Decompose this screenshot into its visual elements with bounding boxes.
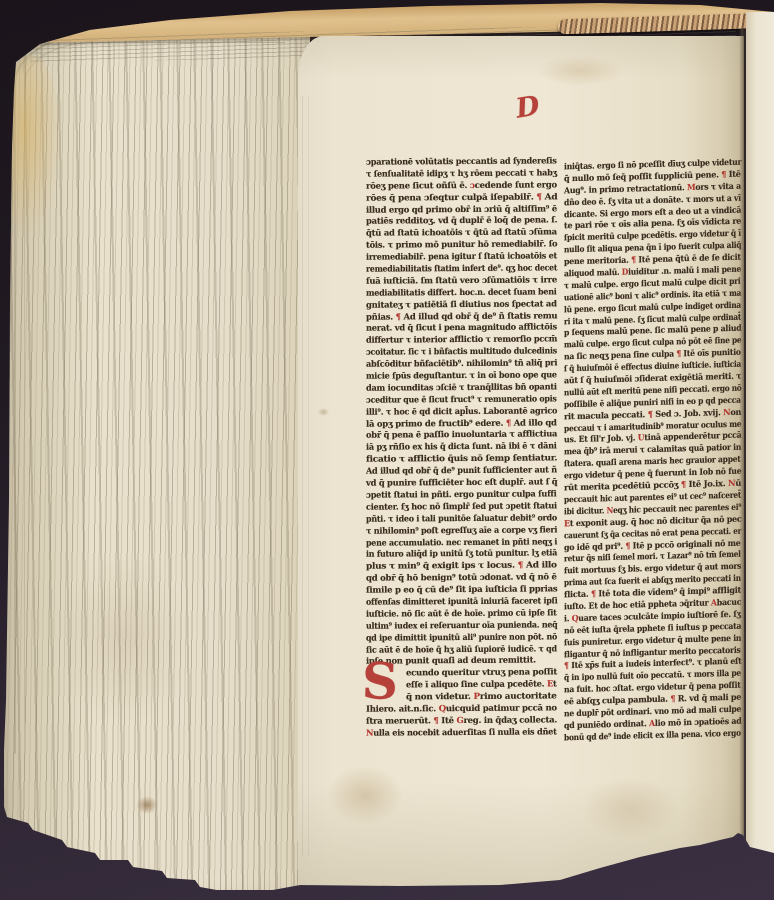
text-line: Nulla eis nocebit aduerſitas ſi nulla ei…: [366, 726, 557, 739]
page-curl-line: [308, 96, 309, 856]
text-page: D ɔparationē volūtatis peccantis ad ſynd…: [298, 36, 744, 892]
text-column-left: ɔparationē volūtatis peccantis ad ſynder…: [366, 155, 557, 739]
page-stack-corner-curve-inner: [24, 42, 285, 723]
folio-mark: D: [514, 92, 541, 122]
drop-cap-initial: S: [361, 660, 399, 703]
page-curl-line: [302, 96, 303, 856]
book-photo: D ɔparationē volūtatis peccantis ad ſynd…: [0, 0, 774, 900]
next-leaf-edge: [746, 12, 774, 857]
text-column-right: iniq̄tas. ergo ſi nō pceſſit dīuʒ culpe …: [564, 157, 741, 744]
text-block: ɔparationē volūtatis peccantis ad ſynder…: [366, 156, 744, 744]
open-book: D ɔparationē volūtatis peccantis ad ſynd…: [0, 0, 774, 900]
